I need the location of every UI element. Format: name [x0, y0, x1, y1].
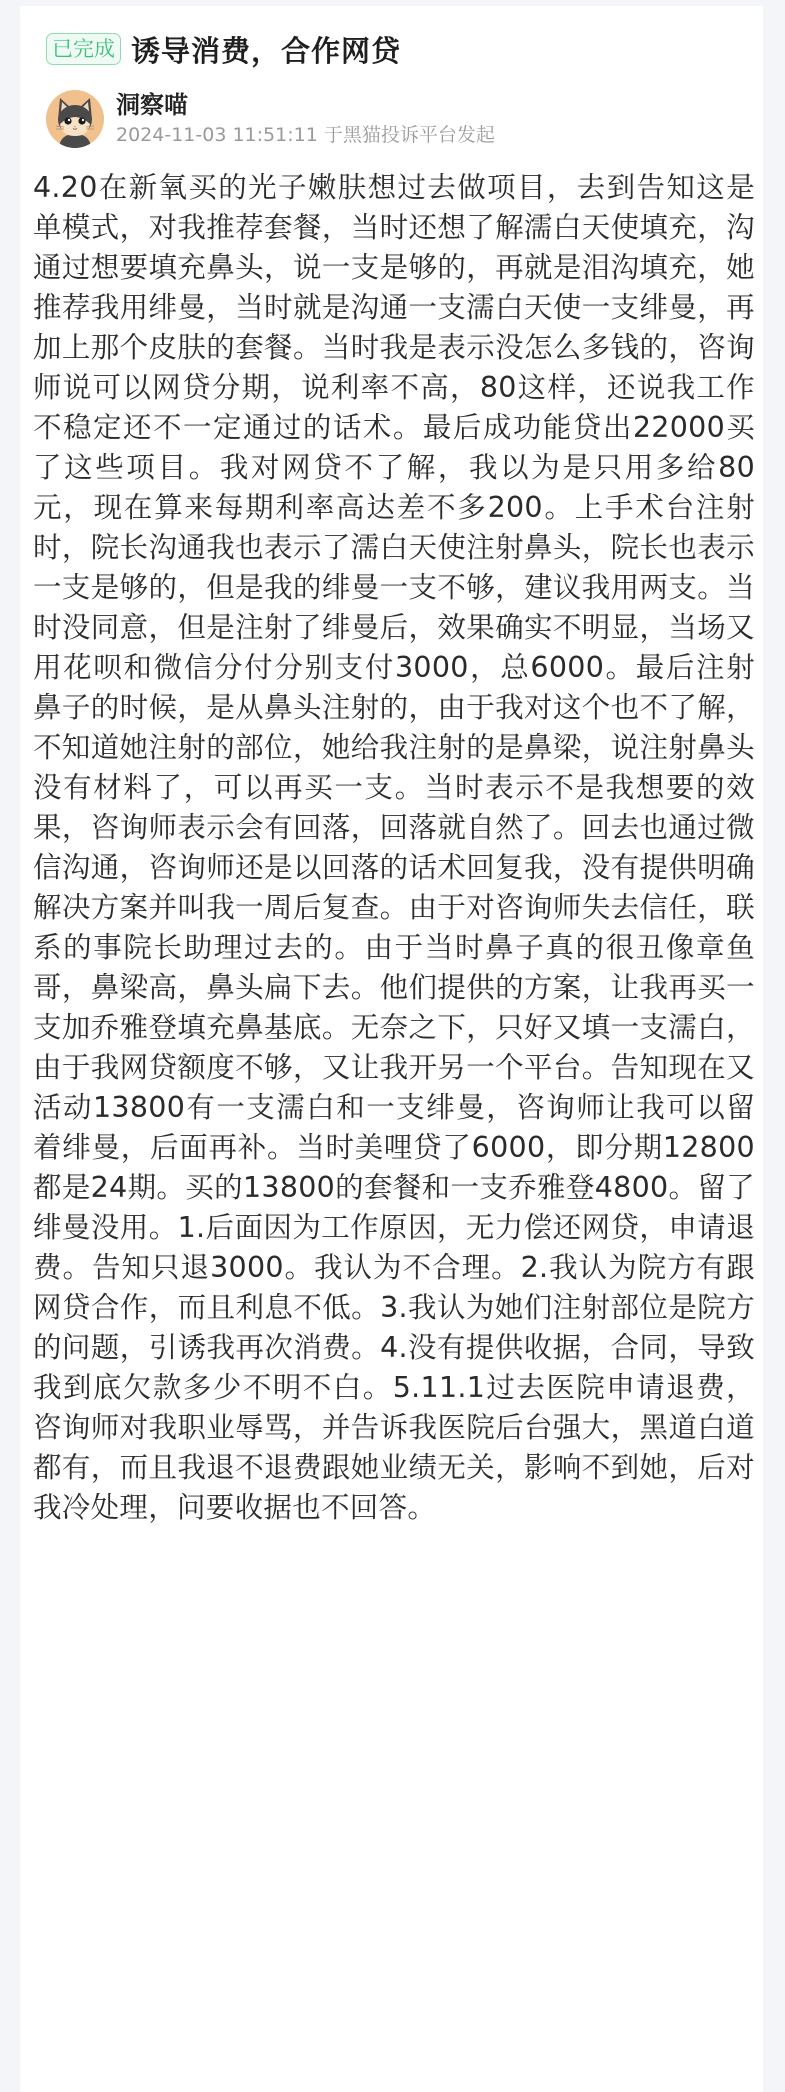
author-meta: 洞察喵 2024-11-03 11:51:11 于黑猫投诉平台发起: [116, 90, 495, 148]
complaint-card: 已完成 诱导消费，合作网贷: [20, 6, 763, 2092]
complaint-body: 4.20在新氧买的光子嫩肤想过去做项目，去到告知这是单模式，对我推荐套餐，当时还…: [33, 168, 755, 1528]
title-row: 已完成 诱导消费，合作网贷: [46, 26, 401, 72]
status-badge: 已完成: [46, 33, 121, 65]
author-row: 洞察喵 2024-11-03 11:51:11 于黑猫投诉平台发起: [46, 90, 495, 148]
author-name[interactable]: 洞察喵: [116, 90, 495, 120]
complaint-title: 诱导消费，合作网贷: [131, 29, 401, 70]
post-timestamp: 2024-11-03 11:51:11 于黑猫投诉平台发起: [116, 122, 495, 148]
cat-avatar-icon[interactable]: [46, 90, 104, 148]
